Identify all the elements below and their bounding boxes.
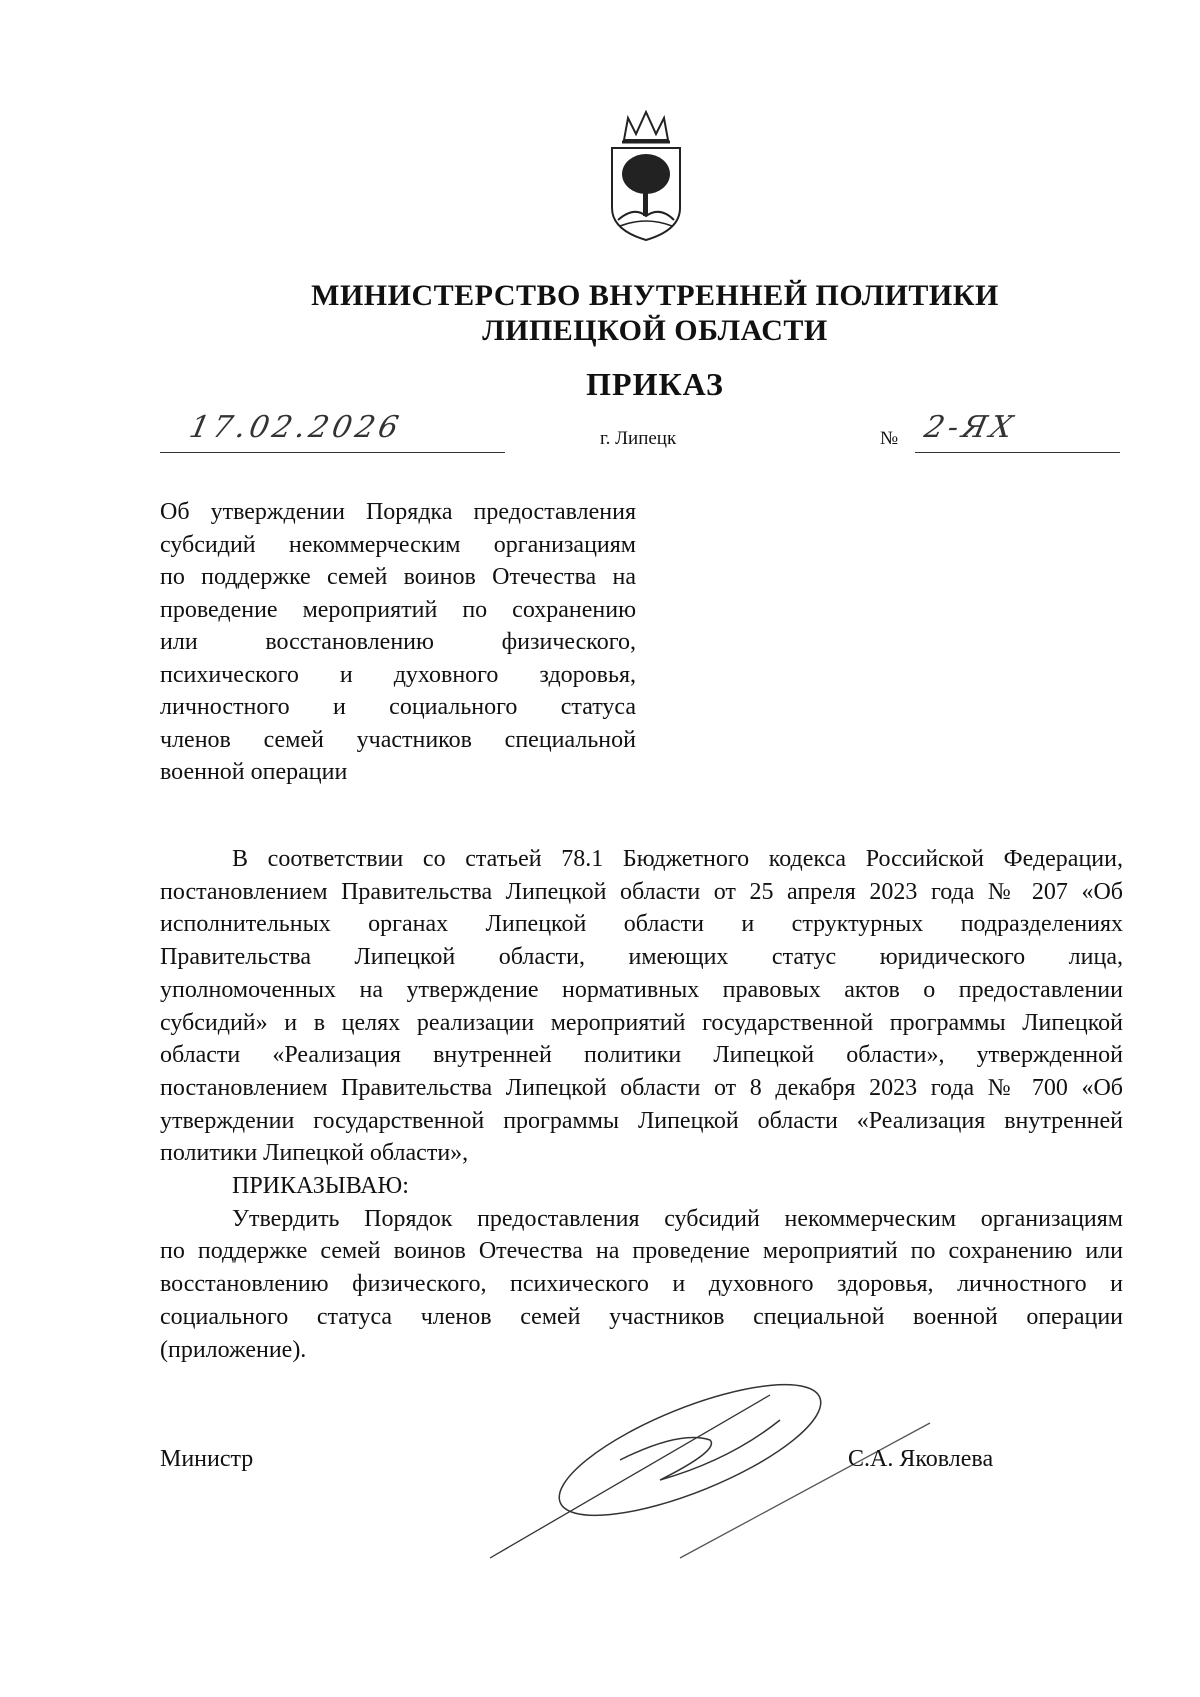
preamble-line: постановлением Правительства Липецкой об… [160, 1072, 1123, 1105]
coat-of-arms-icon [606, 108, 686, 248]
subject-line: членов семей участников специальной [160, 724, 636, 757]
decision-line: социального статуса членов семей участни… [160, 1301, 1123, 1334]
handwritten-date: 17.02.2026 [186, 410, 405, 445]
preamble-line: В соответствии со статьей 78.1 Бюджетног… [160, 843, 1123, 876]
organization-name-line2: ЛИПЕЦКОЙ ОБЛАСТИ [55, 313, 1200, 348]
order-word: ПРИКАЗЫВАЮ: [160, 1170, 1123, 1203]
number-field: 2-ЯХ [915, 410, 1120, 453]
preamble-line: утверждении государственной программы Ли… [160, 1105, 1123, 1138]
signatory-name: С.А. Яковлева [848, 1446, 993, 1473]
subject-line: психического и духовного здоровья, [160, 659, 636, 692]
document-type: ПРИКАЗ [55, 366, 1200, 403]
signatory-role: Министр [160, 1446, 253, 1473]
preamble-line: уполномоченных на утверждение нормативны… [160, 974, 1123, 1007]
subject-block: Об утверждении Порядка предоставления су… [160, 496, 636, 789]
body-text: В соответствии со статьей 78.1 Бюджетног… [160, 843, 1123, 1366]
preamble-line: субсидий» и в целях реализации мероприят… [160, 1007, 1123, 1040]
preamble-line: исполнительных органах Липецкой области … [160, 908, 1123, 941]
subject-line: личностного и социального статуса [160, 691, 636, 724]
decision-line: Утвердить Порядок предоставления субсиди… [160, 1203, 1123, 1236]
subject-line: военной операции [160, 756, 636, 789]
decision-line: по поддержке семей воинов Отечества на п… [160, 1235, 1123, 1268]
handwritten-signature-icon [480, 1380, 980, 1580]
subject-line: Об утверждении Порядка предоставления [160, 496, 636, 529]
subject-line: или восстановлению физического, [160, 626, 636, 659]
number-label: № [880, 428, 898, 450]
date-field: 17.02.2026 [160, 410, 505, 453]
preamble-line: постановлением Правительства Липецкой об… [160, 876, 1123, 909]
subject-line: субсидий некоммерческим организациям [160, 529, 636, 562]
subject-line: по поддержке семей воинов Отечества на [160, 561, 636, 594]
decision-line: восстановлению физического, психического… [160, 1268, 1123, 1301]
preamble-line: области «Реализация внутренней политики … [160, 1039, 1123, 1072]
handwritten-number: 2-ЯХ [921, 410, 1019, 445]
decision-line: (приложение). [160, 1334, 1123, 1367]
city: г. Липецк [600, 428, 676, 450]
preamble-line: Правительства Липецкой области, имеющих … [160, 941, 1123, 974]
organization-name-line1: МИНИСТЕРСТВО ВНУТРЕННЕЙ ПОЛИТИКИ [55, 278, 1200, 313]
subject-line: проведение мероприятий по сохранению [160, 594, 636, 627]
preamble-line: политики Липецкой области», [160, 1137, 1123, 1170]
